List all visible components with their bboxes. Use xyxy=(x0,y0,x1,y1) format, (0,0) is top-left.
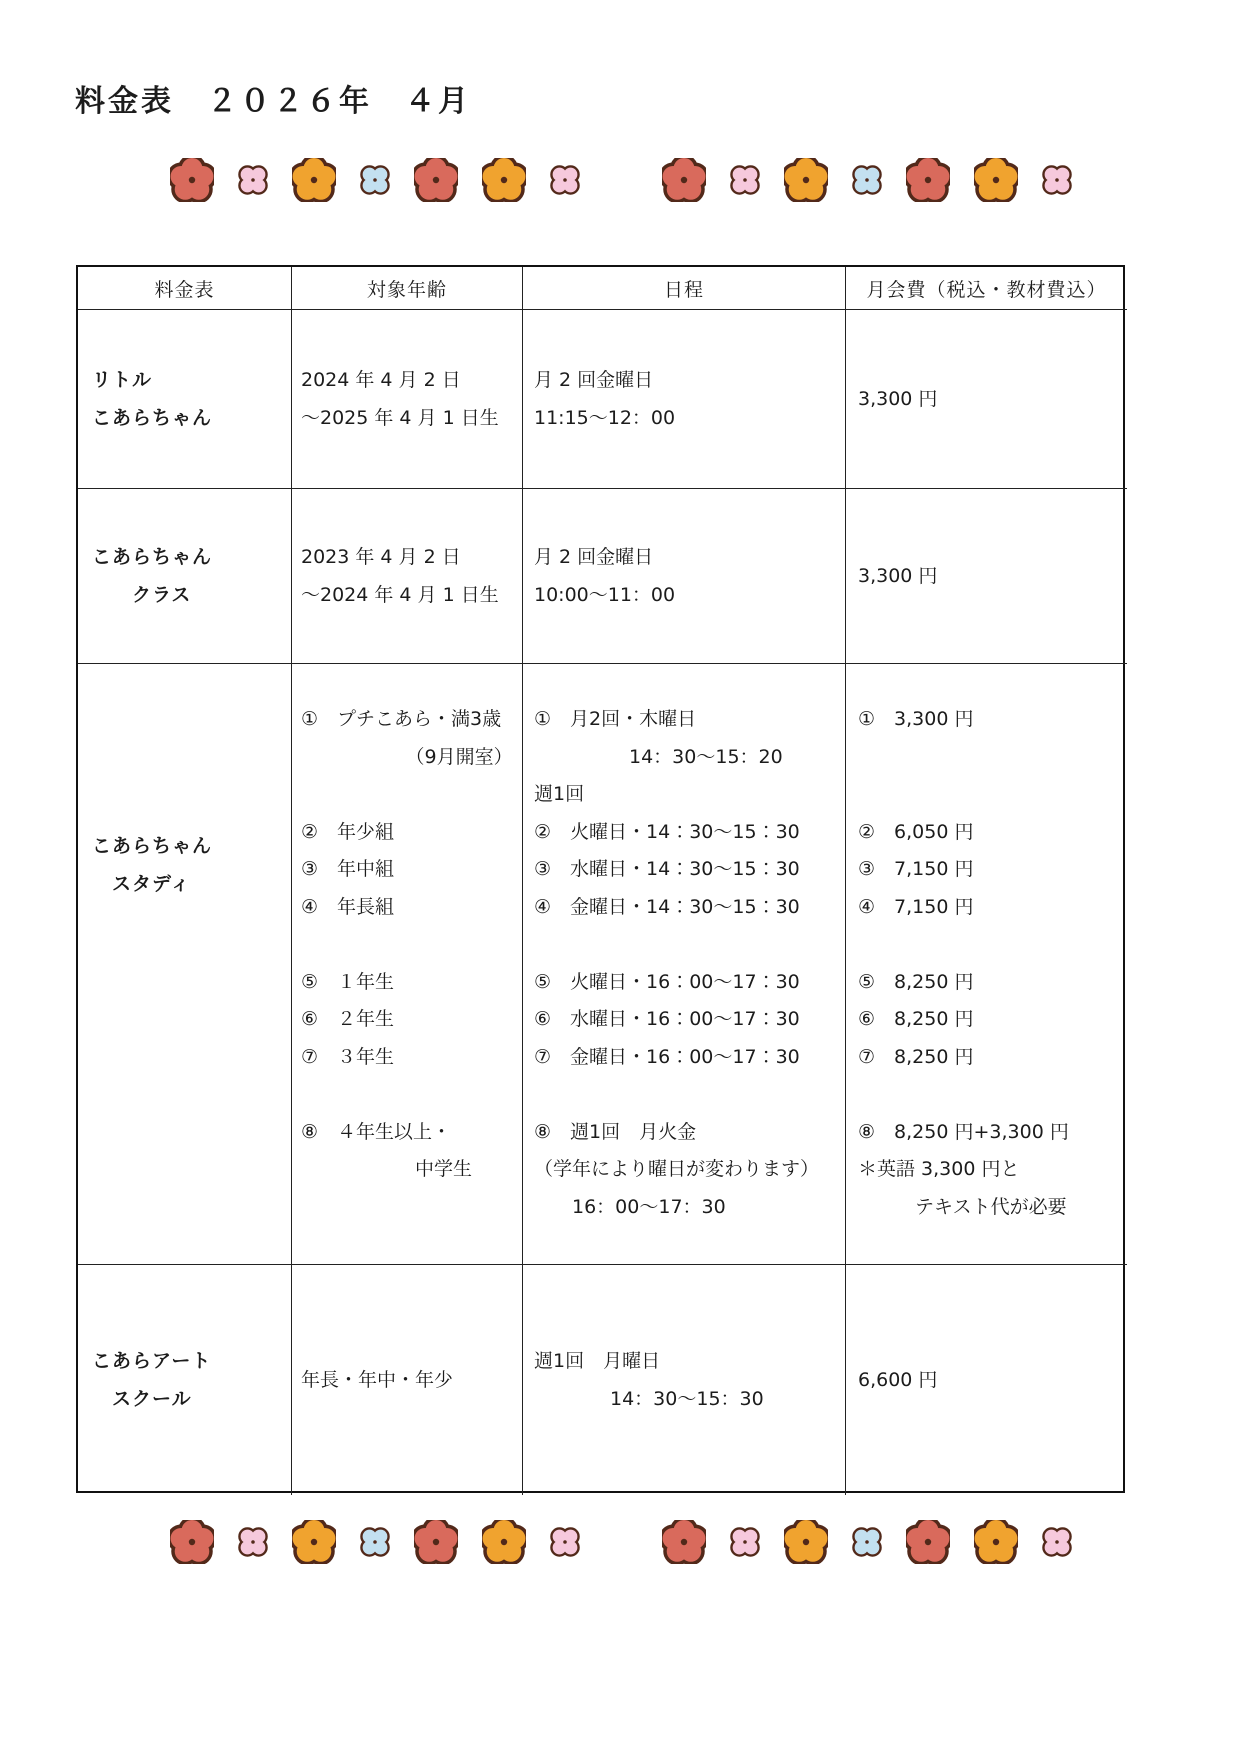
fee-cell: 3,300 円 xyxy=(846,310,1127,489)
flower-icon xyxy=(170,1520,214,1564)
cell-line: ② 年少組 xyxy=(301,814,522,852)
cell-line: スタディ xyxy=(92,866,291,904)
flower-icon xyxy=(784,1520,828,1564)
column-header-program: 料金表 xyxy=(78,267,292,310)
flower-icon xyxy=(784,158,828,202)
flower-icon xyxy=(238,165,268,195)
cell-line: （学年により曜日が変わります） xyxy=(534,1151,845,1189)
fee-cell: 3,300 円 xyxy=(846,489,1127,664)
flower-icon xyxy=(906,158,950,202)
flower-icon xyxy=(414,158,458,202)
cell-line xyxy=(301,776,522,814)
cell-line: ④ 7,150 円 xyxy=(858,889,1127,927)
cell-line: 週1回 月曜日 xyxy=(534,1342,845,1380)
cell-line xyxy=(301,1076,522,1114)
cell-line: ③ 水曜日・14：30～15：30 xyxy=(534,851,845,889)
fee-cell: 6,600 円 xyxy=(846,1265,1127,1495)
cell-line: （9月開室） xyxy=(301,739,522,777)
cell-line: ② 火曜日・14：30～15：30 xyxy=(534,814,845,852)
cell-line: ＊英語 3,300 円と xyxy=(858,1151,1127,1189)
cell-line: ⑥ 8,250 円 xyxy=(858,1001,1127,1039)
program-cell: リトルこあらちゃん xyxy=(78,310,292,489)
flower-icon xyxy=(170,158,214,202)
cell-line: ① 3,300 円 xyxy=(858,701,1127,739)
cell-line: ⑥ ２年生 xyxy=(301,1001,522,1039)
flower-icon xyxy=(662,1520,706,1564)
cell-line: 14：30～15：30 xyxy=(534,1380,845,1418)
cell-line: こあらちゃん xyxy=(92,828,291,866)
cell-line xyxy=(534,1076,845,1114)
flower-group xyxy=(662,158,1072,202)
cell-line xyxy=(858,739,1127,777)
flower-icon xyxy=(360,1527,390,1557)
cell-line: ④ 金曜日・14：30～15：30 xyxy=(534,889,845,927)
column-header-schedule: 日程 xyxy=(523,267,846,310)
cell-line: ⑤ １年生 xyxy=(301,964,522,1002)
cell-line: ⑥ 水曜日・16：00～17：30 xyxy=(534,1001,845,1039)
cell-line: 中学生 xyxy=(301,1151,522,1189)
cell-line xyxy=(858,1076,1127,1114)
cell-line: リトル xyxy=(92,361,291,399)
document-page: 料金表 ２０２６年 ４月 料金表 対象年齢 日程 月会費（税込・教材費込） リト… xyxy=(0,0,1241,1755)
flower-icon xyxy=(852,165,882,195)
cell-line: ③ 年中組 xyxy=(301,851,522,889)
flower-icon xyxy=(974,158,1018,202)
cell-line: ⑧ 週1回 月火金 xyxy=(534,1114,845,1152)
flower-icon xyxy=(852,1527,882,1557)
flower-icon xyxy=(482,158,526,202)
flower-icon xyxy=(730,1527,760,1557)
cell-line: ① プチこあら・満3歳 xyxy=(301,701,522,739)
cell-line: ⑦ ３年生 xyxy=(301,1039,522,1077)
flower-icon xyxy=(482,1520,526,1564)
cell-line: こあらアート xyxy=(92,1342,291,1380)
pricing-table: 料金表 対象年齢 日程 月会費（税込・教材費込） リトルこあらちゃん 2024 … xyxy=(76,265,1125,1493)
flower-icon xyxy=(292,1520,336,1564)
cell-line: 週1回 xyxy=(534,776,845,814)
schedule-cell: 週1回 月曜日 14：30～15：30 xyxy=(523,1265,846,1495)
flower-icon xyxy=(414,1520,458,1564)
column-header-age: 対象年齢 xyxy=(292,267,523,310)
cell-line: こあらちゃん xyxy=(92,399,291,437)
cell-line: 年長・年中・年少 xyxy=(301,1361,522,1399)
cell-line: ⑧ 8,250 円+3,300 円 xyxy=(858,1114,1127,1152)
age-cell: ① プチこあら・満3歳 （9月開室） ② 年少組③ 年中組④ 年長組 ⑤ １年生… xyxy=(292,664,523,1265)
schedule-cell: ① 月2回・木曜日 14：30～15：20週1回② 火曜日・14：30～15：3… xyxy=(523,664,846,1265)
cell-line: 10:00～11：00 xyxy=(534,576,845,614)
cell-line: ⑤ 8,250 円 xyxy=(858,964,1127,1002)
flower-icon xyxy=(550,1527,580,1557)
cell-line: スクール xyxy=(92,1380,291,1418)
flower-icon xyxy=(238,1527,268,1557)
cell-line: 16：00～17：30 xyxy=(534,1189,845,1227)
cell-line: ～2024 年 4 月 1 日生 xyxy=(301,576,522,614)
cell-line xyxy=(534,926,845,964)
cell-line: テキスト代が必要 xyxy=(858,1189,1127,1227)
cell-line: クラス xyxy=(92,576,291,614)
cell-line xyxy=(858,926,1127,964)
flower-icon xyxy=(662,158,706,202)
program-cell: こあらアート スクール xyxy=(78,1265,292,1495)
cell-line: 11:15～12：00 xyxy=(534,399,845,437)
column-header-fee: 月会費（税込・教材費込） xyxy=(846,267,1127,310)
cell-line: 月 2 回金曜日 xyxy=(534,538,845,576)
schedule-cell: 月 2 回金曜日11:15～12：00 xyxy=(523,310,846,489)
cell-line: 月 2 回金曜日 xyxy=(534,361,845,399)
cell-line: ⑦ 8,250 円 xyxy=(858,1039,1127,1077)
flower-group xyxy=(662,1520,1072,1564)
flower-group xyxy=(170,158,580,202)
age-cell: 年長・年中・年少 xyxy=(292,1265,523,1495)
cell-line: 2024 年 4 月 2 日 xyxy=(301,361,522,399)
fee-cell: ① 3,300 円 ② 6,050 円③ 7,150 円④ 7,150 円 ⑤ … xyxy=(846,664,1127,1265)
flower-icon xyxy=(974,1520,1018,1564)
schedule-cell: 月 2 回金曜日10:00～11：00 xyxy=(523,489,846,664)
flower-icon xyxy=(550,165,580,195)
cell-line xyxy=(858,776,1127,814)
age-cell: 2023 年 4 月 2 日～2024 年 4 月 1 日生 xyxy=(292,489,523,664)
program-cell: こあらちゃん クラス xyxy=(78,489,292,664)
flower-border-bottom xyxy=(0,1520,1241,1564)
flower-icon xyxy=(1042,165,1072,195)
flower-icon xyxy=(730,165,760,195)
program-cell: こあらちゃん スタディ xyxy=(78,664,292,1265)
flower-border-top xyxy=(0,158,1241,202)
flower-icon xyxy=(906,1520,950,1564)
page-title: 料金表 ２０２６年 ４月 xyxy=(75,76,471,120)
flower-icon xyxy=(292,158,336,202)
cell-line: 3,300 円 xyxy=(858,380,1127,418)
flower-icon xyxy=(1042,1527,1072,1557)
cell-line: ③ 7,150 円 xyxy=(858,851,1127,889)
cell-line: 6,600 円 xyxy=(858,1361,1127,1399)
cell-line: ～2025 年 4 月 1 日生 xyxy=(301,399,522,437)
cell-line xyxy=(301,926,522,964)
cell-line: ① 月2回・木曜日 xyxy=(534,701,845,739)
cell-line: 14：30～15：20 xyxy=(534,739,845,777)
cell-line: 2023 年 4 月 2 日 xyxy=(301,538,522,576)
cell-line: 3,300 円 xyxy=(858,557,1127,595)
cell-line: ⑤ 火曜日・16：00～17：30 xyxy=(534,964,845,1002)
flower-group xyxy=(170,1520,580,1564)
flower-icon xyxy=(360,165,390,195)
age-cell: 2024 年 4 月 2 日～2025 年 4 月 1 日生 xyxy=(292,310,523,489)
cell-line: ② 6,050 円 xyxy=(858,814,1127,852)
cell-line: ⑧ ４年生以上・ xyxy=(301,1114,522,1152)
cell-line: ⑦ 金曜日・16：00～17：30 xyxy=(534,1039,845,1077)
cell-line: ④ 年長組 xyxy=(301,889,522,927)
cell-line: こあらちゃん xyxy=(92,538,291,576)
